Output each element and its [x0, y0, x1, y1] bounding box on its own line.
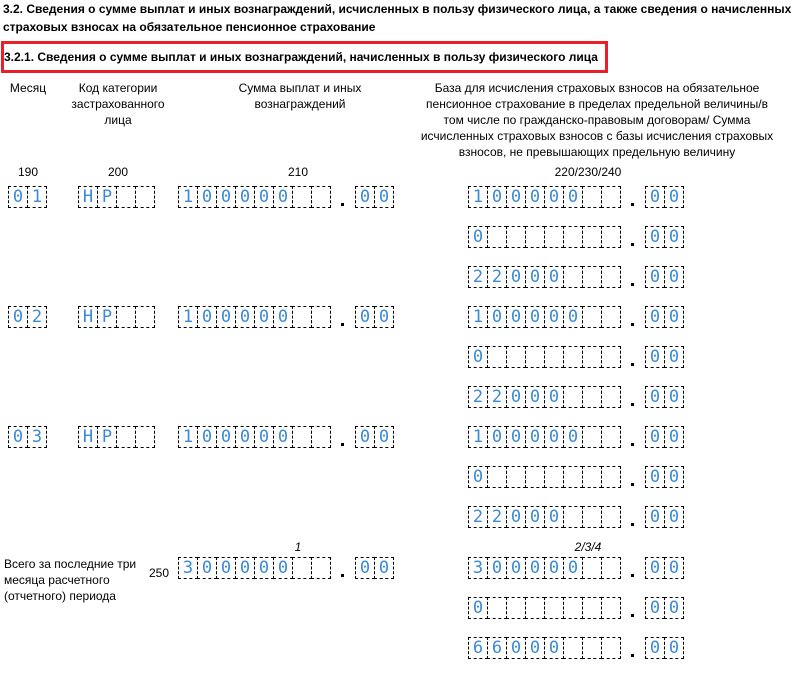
- gph-base-amount-field[interactable]: 000: [468, 226, 684, 248]
- digit-cell[interactable]: [487, 466, 507, 488]
- digit-cell[interactable]: 0: [235, 306, 255, 328]
- digit-cell[interactable]: 0: [197, 306, 217, 328]
- digit-cell[interactable]: 0: [254, 186, 274, 208]
- total-base-field-integer-part[interactable]: 300000: [468, 557, 621, 579]
- digit-cell[interactable]: [135, 306, 155, 328]
- digit-cell[interactable]: [487, 597, 507, 619]
- digit-cell[interactable]: 0: [506, 306, 526, 328]
- digit-cell[interactable]: [601, 386, 621, 408]
- contributions-amount-field-decimal-part[interactable]: 00: [645, 266, 684, 288]
- digit-cell[interactable]: 0: [525, 557, 545, 579]
- payment-amount-field-decimal-part[interactable]: 00: [355, 306, 394, 328]
- digit-cell[interactable]: 0: [645, 426, 665, 448]
- decimal-point: [621, 228, 645, 248]
- decimal-point: [621, 559, 645, 579]
- payment-amount-field[interactable]: 10000000: [178, 186, 394, 208]
- digit-cell[interactable]: [563, 637, 583, 659]
- digit-cell[interactable]: [506, 597, 526, 619]
- digit-cell[interactable]: 0: [645, 597, 665, 619]
- month-field[interactable]: 03: [8, 426, 47, 448]
- digit-cell[interactable]: 0: [487, 426, 507, 448]
- digit-cell[interactable]: 2: [27, 306, 47, 328]
- digit-cell[interactable]: [292, 306, 312, 328]
- total-payment-field-integer-part[interactable]: 300000: [178, 557, 331, 579]
- digit-cell[interactable]: 0: [254, 306, 274, 328]
- payment-amount-field-integer-part[interactable]: 100000: [178, 186, 331, 208]
- gph-base-amount-field-decimal-part[interactable]: 00: [645, 346, 684, 368]
- digit-cell[interactable]: 0: [525, 306, 545, 328]
- digit-cell[interactable]: 1: [178, 186, 198, 208]
- digit-cell[interactable]: [544, 346, 564, 368]
- digit-cell[interactable]: [487, 346, 507, 368]
- month-field[interactable]: 01: [8, 186, 47, 208]
- digit-cell[interactable]: 0: [506, 426, 526, 448]
- category-code-field[interactable]: НР: [78, 186, 155, 208]
- digit-cell[interactable]: [601, 426, 621, 448]
- gph-base-amount-field-integer-part[interactable]: 0: [468, 466, 621, 488]
- digit-cell[interactable]: 0: [506, 266, 526, 288]
- code-payments: 210: [178, 165, 418, 179]
- decimal-point: [621, 308, 645, 328]
- decimal-point: [331, 308, 355, 328]
- digit-cell[interactable]: Н: [78, 306, 98, 328]
- digit-cell[interactable]: 0: [355, 186, 375, 208]
- digit-cell[interactable]: 0: [664, 557, 684, 579]
- digit-cell[interactable]: 3: [27, 426, 47, 448]
- digit-cell[interactable]: Н: [78, 426, 98, 448]
- digit-cell[interactable]: 0: [235, 557, 255, 579]
- digit-cell[interactable]: 0: [216, 426, 236, 448]
- digit-cell[interactable]: 2: [487, 386, 507, 408]
- digit-cell[interactable]: 1: [178, 426, 198, 448]
- decimal-point: [331, 559, 355, 579]
- decimal-point: [621, 348, 645, 368]
- digit-cell[interactable]: 0: [374, 186, 394, 208]
- digit-cell[interactable]: [582, 466, 602, 488]
- digit-cell[interactable]: 0: [216, 557, 236, 579]
- digit-cell[interactable]: [525, 597, 545, 619]
- header-month: Месяц: [4, 80, 52, 96]
- contributions-amount-field[interactable]: 2200000: [468, 506, 684, 528]
- digit-cell[interactable]: [544, 226, 564, 248]
- digit-cell[interactable]: [601, 466, 621, 488]
- digit-cell[interactable]: [506, 346, 526, 368]
- digit-cell[interactable]: 0: [563, 186, 583, 208]
- decimal-point: [621, 508, 645, 528]
- digit-cell[interactable]: 0: [506, 637, 526, 659]
- digit-cell[interactable]: [582, 266, 602, 288]
- digit-cell[interactable]: 3: [468, 557, 488, 579]
- digit-cell[interactable]: Р: [97, 186, 117, 208]
- digit-cell[interactable]: 0: [544, 557, 564, 579]
- digit-cell[interactable]: [582, 426, 602, 448]
- digit-cell[interactable]: [544, 466, 564, 488]
- digit-cell[interactable]: 0: [355, 426, 375, 448]
- code-category: 200: [78, 165, 158, 179]
- payment-amount-field-decimal-part[interactable]: 00: [355, 426, 394, 448]
- digit-cell[interactable]: [582, 557, 602, 579]
- code-base: 220/230/240: [468, 165, 708, 179]
- digit-cell[interactable]: 0: [544, 426, 564, 448]
- gph-base-amount-field-decimal-part[interactable]: 00: [645, 226, 684, 248]
- base-amount-field-decimal-part[interactable]: 00: [645, 426, 684, 448]
- category-code-field[interactable]: НР: [78, 426, 155, 448]
- digit-cell[interactable]: [135, 426, 155, 448]
- digit-cell[interactable]: 0: [216, 186, 236, 208]
- total-contributions-field-decimal-part[interactable]: 00: [645, 637, 684, 659]
- digit-cell[interactable]: 0: [664, 266, 684, 288]
- gph-base-amount-field-decimal-part[interactable]: 00: [645, 466, 684, 488]
- digit-cell[interactable]: 0: [273, 557, 293, 579]
- section-title: 3.2. Сведения о сумме выплат и иных возн…: [3, 0, 793, 36]
- digit-cell[interactable]: 0: [645, 557, 665, 579]
- total-payment-field[interactable]: 30000000: [178, 557, 394, 579]
- digit-cell[interactable]: [292, 557, 312, 579]
- digit-cell[interactable]: [311, 426, 331, 448]
- digit-cell[interactable]: 0: [197, 426, 217, 448]
- total-contributions-field-integer-part[interactable]: 66000: [468, 637, 621, 659]
- digit-cell[interactable]: [544, 597, 564, 619]
- digit-cell[interactable]: 6: [468, 637, 488, 659]
- digit-cell[interactable]: [582, 346, 602, 368]
- total-payment-col-label: 1: [178, 540, 418, 554]
- contributions-amount-field-decimal-part[interactable]: 00: [645, 506, 684, 528]
- base-amount-field[interactable]: 10000000: [468, 426, 684, 448]
- contributions-amount-field-integer-part[interactable]: 22000: [468, 506, 621, 528]
- digit-cell[interactable]: [601, 186, 621, 208]
- gph-base-amount-field-integer-part[interactable]: 0: [468, 226, 621, 248]
- digit-cell[interactable]: [563, 346, 583, 368]
- digit-cell[interactable]: Р: [97, 426, 117, 448]
- base-amount-field-decimal-part[interactable]: 00: [645, 186, 684, 208]
- digit-cell[interactable]: [601, 306, 621, 328]
- digit-cell[interactable]: [563, 597, 583, 619]
- digit-cell[interactable]: [582, 306, 602, 328]
- digit-cell[interactable]: [563, 466, 583, 488]
- digit-cell[interactable]: [525, 226, 545, 248]
- digit-cell[interactable]: [525, 466, 545, 488]
- digit-cell[interactable]: 3: [178, 557, 198, 579]
- decimal-point: [621, 428, 645, 448]
- contributions-amount-field-decimal-part[interactable]: 00: [645, 386, 684, 408]
- digit-cell[interactable]: [582, 386, 602, 408]
- digit-cell[interactable]: [525, 346, 545, 368]
- digit-cell[interactable]: [582, 186, 602, 208]
- digit-cell[interactable]: 0: [487, 306, 507, 328]
- digit-cell[interactable]: 0: [645, 186, 665, 208]
- digit-cell[interactable]: 0: [506, 557, 526, 579]
- digit-cell[interactable]: [563, 266, 583, 288]
- digit-cell[interactable]: [506, 466, 526, 488]
- total-code: 250: [144, 566, 174, 580]
- category-code-field-cells[interactable]: НР: [78, 426, 155, 448]
- total-base-field[interactable]: 30000000: [468, 557, 684, 579]
- digit-cell[interactable]: 0: [468, 346, 488, 368]
- digit-cell[interactable]: 0: [664, 466, 684, 488]
- base-amount-field-integer-part[interactable]: 100000: [468, 186, 621, 208]
- digit-cell[interactable]: [601, 266, 621, 288]
- digit-cell[interactable]: 0: [525, 637, 545, 659]
- base-amount-field-integer-part[interactable]: 100000: [468, 426, 621, 448]
- digit-cell[interactable]: 0: [273, 426, 293, 448]
- payment-amount-field-integer-part[interactable]: 100000: [178, 306, 331, 328]
- digit-cell[interactable]: 0: [664, 186, 684, 208]
- digit-cell[interactable]: 0: [563, 306, 583, 328]
- decimal-point: [621, 268, 645, 288]
- digit-cell[interactable]: 0: [645, 346, 665, 368]
- digit-cell[interactable]: [311, 557, 331, 579]
- decimal-point: [621, 388, 645, 408]
- month-field-cells[interactable]: 01: [8, 186, 47, 208]
- subsection-title: 3.2.1. Сведения о сумме выплат и иных во…: [4, 50, 598, 64]
- digit-cell[interactable]: 0: [235, 426, 255, 448]
- digit-cell[interactable]: 0: [645, 466, 665, 488]
- total-gph-base-field-integer-part[interactable]: 0: [468, 597, 621, 619]
- decimal-point: [621, 188, 645, 208]
- month-field[interactable]: 02: [8, 306, 47, 328]
- digit-cell[interactable]: 0: [273, 186, 293, 208]
- digit-cell[interactable]: 0: [664, 426, 684, 448]
- digit-cell[interactable]: 0: [645, 226, 665, 248]
- payment-amount-field[interactable]: 10000000: [178, 306, 394, 328]
- digit-cell[interactable]: 0: [355, 557, 375, 579]
- category-code-field-cells[interactable]: НР: [78, 306, 155, 328]
- digit-cell[interactable]: 0: [254, 557, 274, 579]
- digit-cell[interactable]: 0: [525, 266, 545, 288]
- payment-amount-field[interactable]: 10000000: [178, 426, 394, 448]
- digit-cell[interactable]: 0: [645, 266, 665, 288]
- contributions-amount-field[interactable]: 2200000: [468, 266, 684, 288]
- total-payment-field-decimal-part[interactable]: 00: [355, 557, 394, 579]
- digit-cell[interactable]: 0: [525, 426, 545, 448]
- digit-cell[interactable]: [292, 186, 312, 208]
- digit-cell[interactable]: 0: [374, 557, 394, 579]
- digit-cell[interactable]: 0: [8, 306, 28, 328]
- digit-cell[interactable]: [601, 506, 621, 528]
- digit-cell[interactable]: 0: [487, 557, 507, 579]
- digit-cell[interactable]: 0: [544, 506, 564, 528]
- code-month: 190: [6, 165, 50, 179]
- digit-cell[interactable]: 1: [468, 426, 488, 448]
- digit-cell[interactable]: [601, 226, 621, 248]
- digit-cell[interactable]: 0: [525, 186, 545, 208]
- digit-cell[interactable]: 0: [506, 386, 526, 408]
- digit-cell[interactable]: 0: [235, 186, 255, 208]
- total-contributions-field[interactable]: 6600000: [468, 637, 684, 659]
- base-amount-field-decimal-part[interactable]: 00: [645, 306, 684, 328]
- digit-cell[interactable]: 0: [8, 186, 28, 208]
- digit-cell[interactable]: [116, 186, 136, 208]
- digit-cell[interactable]: 0: [645, 386, 665, 408]
- digit-cell[interactable]: [601, 557, 621, 579]
- digit-cell[interactable]: 0: [563, 557, 583, 579]
- digit-cell[interactable]: [487, 226, 507, 248]
- digit-cell[interactable]: 0: [664, 637, 684, 659]
- digit-cell[interactable]: [311, 186, 331, 208]
- digit-cell[interactable]: 2: [468, 386, 488, 408]
- decimal-point: [621, 599, 645, 619]
- digit-cell[interactable]: [601, 346, 621, 368]
- digit-cell[interactable]: [135, 186, 155, 208]
- digit-cell[interactable]: 0: [664, 506, 684, 528]
- digit-cell[interactable]: 2: [487, 266, 507, 288]
- digit-cell[interactable]: 0: [254, 426, 274, 448]
- digit-cell[interactable]: 0: [544, 637, 564, 659]
- digit-cell[interactable]: 0: [216, 306, 236, 328]
- month-field-cells[interactable]: 02: [8, 306, 47, 328]
- digit-cell[interactable]: 1: [468, 186, 488, 208]
- digit-cell[interactable]: [563, 386, 583, 408]
- base-amount-field[interactable]: 10000000: [468, 306, 684, 328]
- digit-cell[interactable]: 0: [506, 506, 526, 528]
- digit-cell[interactable]: 0: [468, 597, 488, 619]
- total-base-field-decimal-part[interactable]: 00: [645, 557, 684, 579]
- payment-amount-field-integer-part[interactable]: 100000: [178, 426, 331, 448]
- digit-cell[interactable]: 0: [525, 506, 545, 528]
- digit-cell[interactable]: [582, 226, 602, 248]
- payment-amount-field-decimal-part[interactable]: 00: [355, 186, 394, 208]
- digit-cell[interactable]: 0: [468, 466, 488, 488]
- digit-cell[interactable]: 1: [178, 306, 198, 328]
- gph-base-amount-field[interactable]: 000: [468, 466, 684, 488]
- total-base-col-label: 2/3/4: [468, 540, 708, 554]
- digit-cell[interactable]: 2: [468, 506, 488, 528]
- decimal-point: [331, 188, 355, 208]
- decimal-point: [621, 639, 645, 659]
- digit-cell[interactable]: [582, 637, 602, 659]
- digit-cell[interactable]: [563, 506, 583, 528]
- digit-cell[interactable]: 1: [468, 306, 488, 328]
- header-payments: Сумма выплат и иных вознаграждений: [220, 80, 380, 112]
- month-field-cells[interactable]: 03: [8, 426, 47, 448]
- digit-cell[interactable]: 0: [664, 386, 684, 408]
- digit-cell[interactable]: [582, 597, 602, 619]
- base-amount-field[interactable]: 10000000: [468, 186, 684, 208]
- header-base: База для исчисления страховых взносов на…: [416, 80, 778, 160]
- digit-cell[interactable]: [292, 426, 312, 448]
- digit-cell[interactable]: 0: [506, 186, 526, 208]
- digit-cell[interactable]: [582, 506, 602, 528]
- contributions-amount-field-integer-part[interactable]: 22000: [468, 386, 621, 408]
- digit-cell[interactable]: 0: [645, 506, 665, 528]
- digit-cell[interactable]: Р: [97, 306, 117, 328]
- digit-cell[interactable]: 0: [664, 226, 684, 248]
- digit-cell[interactable]: [601, 637, 621, 659]
- digit-cell[interactable]: 0: [273, 306, 293, 328]
- header-category: Код категории застрахованного лица: [62, 80, 174, 128]
- contributions-amount-field-integer-part[interactable]: 22000: [468, 266, 621, 288]
- category-code-field[interactable]: НР: [78, 306, 155, 328]
- digit-cell[interactable]: [116, 426, 136, 448]
- digit-cell[interactable]: 0: [664, 597, 684, 619]
- digit-cell[interactable]: 0: [374, 306, 394, 328]
- digit-cell[interactable]: 2: [487, 506, 507, 528]
- digit-cell[interactable]: 2: [468, 266, 488, 288]
- digit-cell[interactable]: 0: [374, 426, 394, 448]
- category-code-field-cells[interactable]: НР: [78, 186, 155, 208]
- digit-cell[interactable]: 0: [468, 226, 488, 248]
- gph-base-amount-field[interactable]: 000: [468, 346, 684, 368]
- decimal-point: [331, 428, 355, 448]
- total-gph-base-field[interactable]: 000: [468, 597, 684, 619]
- digit-cell[interactable]: 0: [544, 266, 564, 288]
- digit-cell[interactable]: 0: [544, 386, 564, 408]
- decimal-point: [621, 468, 645, 488]
- contributions-amount-field[interactable]: 2200000: [468, 386, 684, 408]
- digit-cell[interactable]: 0: [487, 186, 507, 208]
- gph-base-amount-field-integer-part[interactable]: 0: [468, 346, 621, 368]
- digit-cell[interactable]: 0: [8, 426, 28, 448]
- digit-cell[interactable]: Н: [78, 186, 98, 208]
- digit-cell[interactable]: 0: [645, 637, 665, 659]
- total-label: Всего за последние три месяца расчетного…: [4, 556, 144, 604]
- digit-cell[interactable]: 0: [563, 426, 583, 448]
- digit-cell[interactable]: 1: [27, 186, 47, 208]
- digit-cell[interactable]: 0: [355, 306, 375, 328]
- digit-cell[interactable]: 0: [664, 306, 684, 328]
- digit-cell[interactable]: [563, 226, 583, 248]
- digit-cell[interactable]: 0: [544, 186, 564, 208]
- digit-cell[interactable]: [601, 597, 621, 619]
- digit-cell[interactable]: 0: [197, 557, 217, 579]
- digit-cell[interactable]: 0: [645, 306, 665, 328]
- digit-cell[interactable]: [116, 306, 136, 328]
- digit-cell[interactable]: 0: [525, 386, 545, 408]
- digit-cell[interactable]: 0: [197, 186, 217, 208]
- total-gph-base-field-decimal-part[interactable]: 00: [645, 597, 684, 619]
- digit-cell[interactable]: [311, 306, 331, 328]
- digit-cell[interactable]: 6: [487, 637, 507, 659]
- digit-cell[interactable]: 0: [664, 346, 684, 368]
- digit-cell[interactable]: [506, 226, 526, 248]
- base-amount-field-integer-part[interactable]: 100000: [468, 306, 621, 328]
- digit-cell[interactable]: 0: [544, 306, 564, 328]
